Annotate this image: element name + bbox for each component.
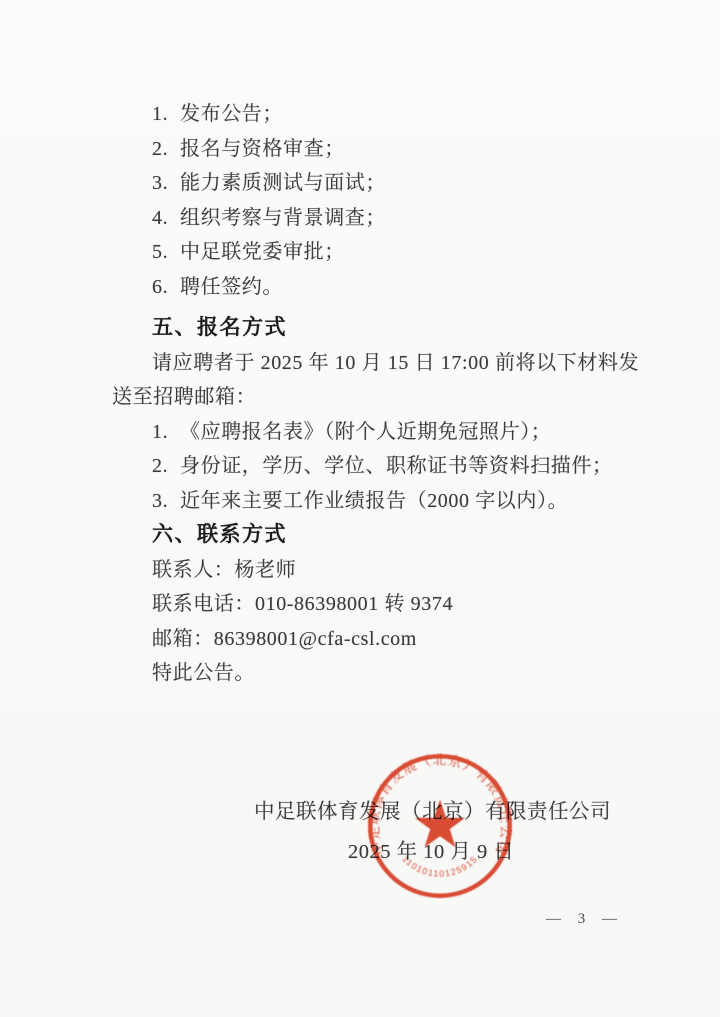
- list-item: 3.能力素质测试与面试；: [112, 166, 622, 201]
- list-item-number: 5.: [152, 235, 180, 270]
- list-item-number: 3.: [152, 484, 180, 519]
- closing-line: 特此公告。: [112, 656, 622, 691]
- list-item-number: 6.: [152, 270, 180, 305]
- list-item: 2.报名与资格审查；: [112, 132, 622, 167]
- list-item-text: 发布公告；: [180, 103, 283, 125]
- list-item-number: 1.: [152, 415, 180, 450]
- page-number: — 3 —: [546, 911, 620, 928]
- list-item: 1.发布公告；: [112, 97, 622, 132]
- list-item-text: 聘任签约。: [180, 276, 283, 298]
- seal-star: [415, 800, 465, 848]
- list-item-text: 中足联党委审批；: [180, 241, 345, 263]
- list-item-text: 近年来主要工作业绩报告（2000 字以内）。: [180, 490, 568, 512]
- section-heading-application: 五、报名方式: [112, 311, 622, 346]
- paragraph-line: 请应聘者于 2025 年 10 月 15 日 17:00 前将以下材料发: [112, 346, 622, 381]
- document-body: 1.发布公告； 2.报名与资格审查； 3.能力素质测试与面试； 4.组织考察与背…: [112, 97, 622, 691]
- list-item: 1.《应聘报名表》（附个人近期免冠照片）；: [112, 415, 622, 450]
- list-item-text: 身份证，学历、学位、职称证书等资料扫描件；: [180, 455, 613, 477]
- section-heading-contact: 六、联系方式: [112, 518, 622, 553]
- list-item: 3.近年来主要工作业绩报告（2000 字以内）。: [112, 484, 622, 519]
- seal-number: 11010110125915: [400, 854, 479, 879]
- contact-phone-line: 联系电话：010-86398001 转 9374: [112, 587, 622, 622]
- list-item: 6.聘任签约。: [112, 270, 622, 305]
- list-item: 2.身份证，学历、学位、职称证书等资料扫描件；: [112, 449, 622, 484]
- list-item: 5.中足联党委审批；: [112, 235, 622, 270]
- contact-person-line: 联系人：杨老师: [112, 553, 622, 588]
- list-item-text: 能力素质测试与面试；: [180, 172, 386, 194]
- list-item-text: 报名与资格审查；: [180, 138, 345, 160]
- official-seal: 中足联体育发展（北京）有限责任公司 11010110125915: [362, 748, 518, 904]
- list-item-number: 3.: [152, 166, 180, 201]
- paragraph-line: 送至招聘邮箱：: [112, 380, 622, 415]
- document-page: 1.发布公告； 2.报名与资格审查； 3.能力素质测试与面试； 4.组织考察与背…: [0, 0, 720, 1017]
- list-item-number: 1.: [152, 97, 180, 132]
- list-item-number: 4.: [152, 201, 180, 236]
- list-item-text: 组织考察与背景调查；: [180, 207, 386, 229]
- contact-email-line: 邮箱：86398001@cfa-csl.com: [112, 622, 622, 657]
- list-item-number: 2.: [152, 449, 180, 484]
- list-item-number: 2.: [152, 132, 180, 167]
- list-item-text: 《应聘报名表》（附个人近期免冠照片）；: [180, 421, 551, 443]
- list-item: 4.组织考察与背景调查；: [112, 201, 622, 236]
